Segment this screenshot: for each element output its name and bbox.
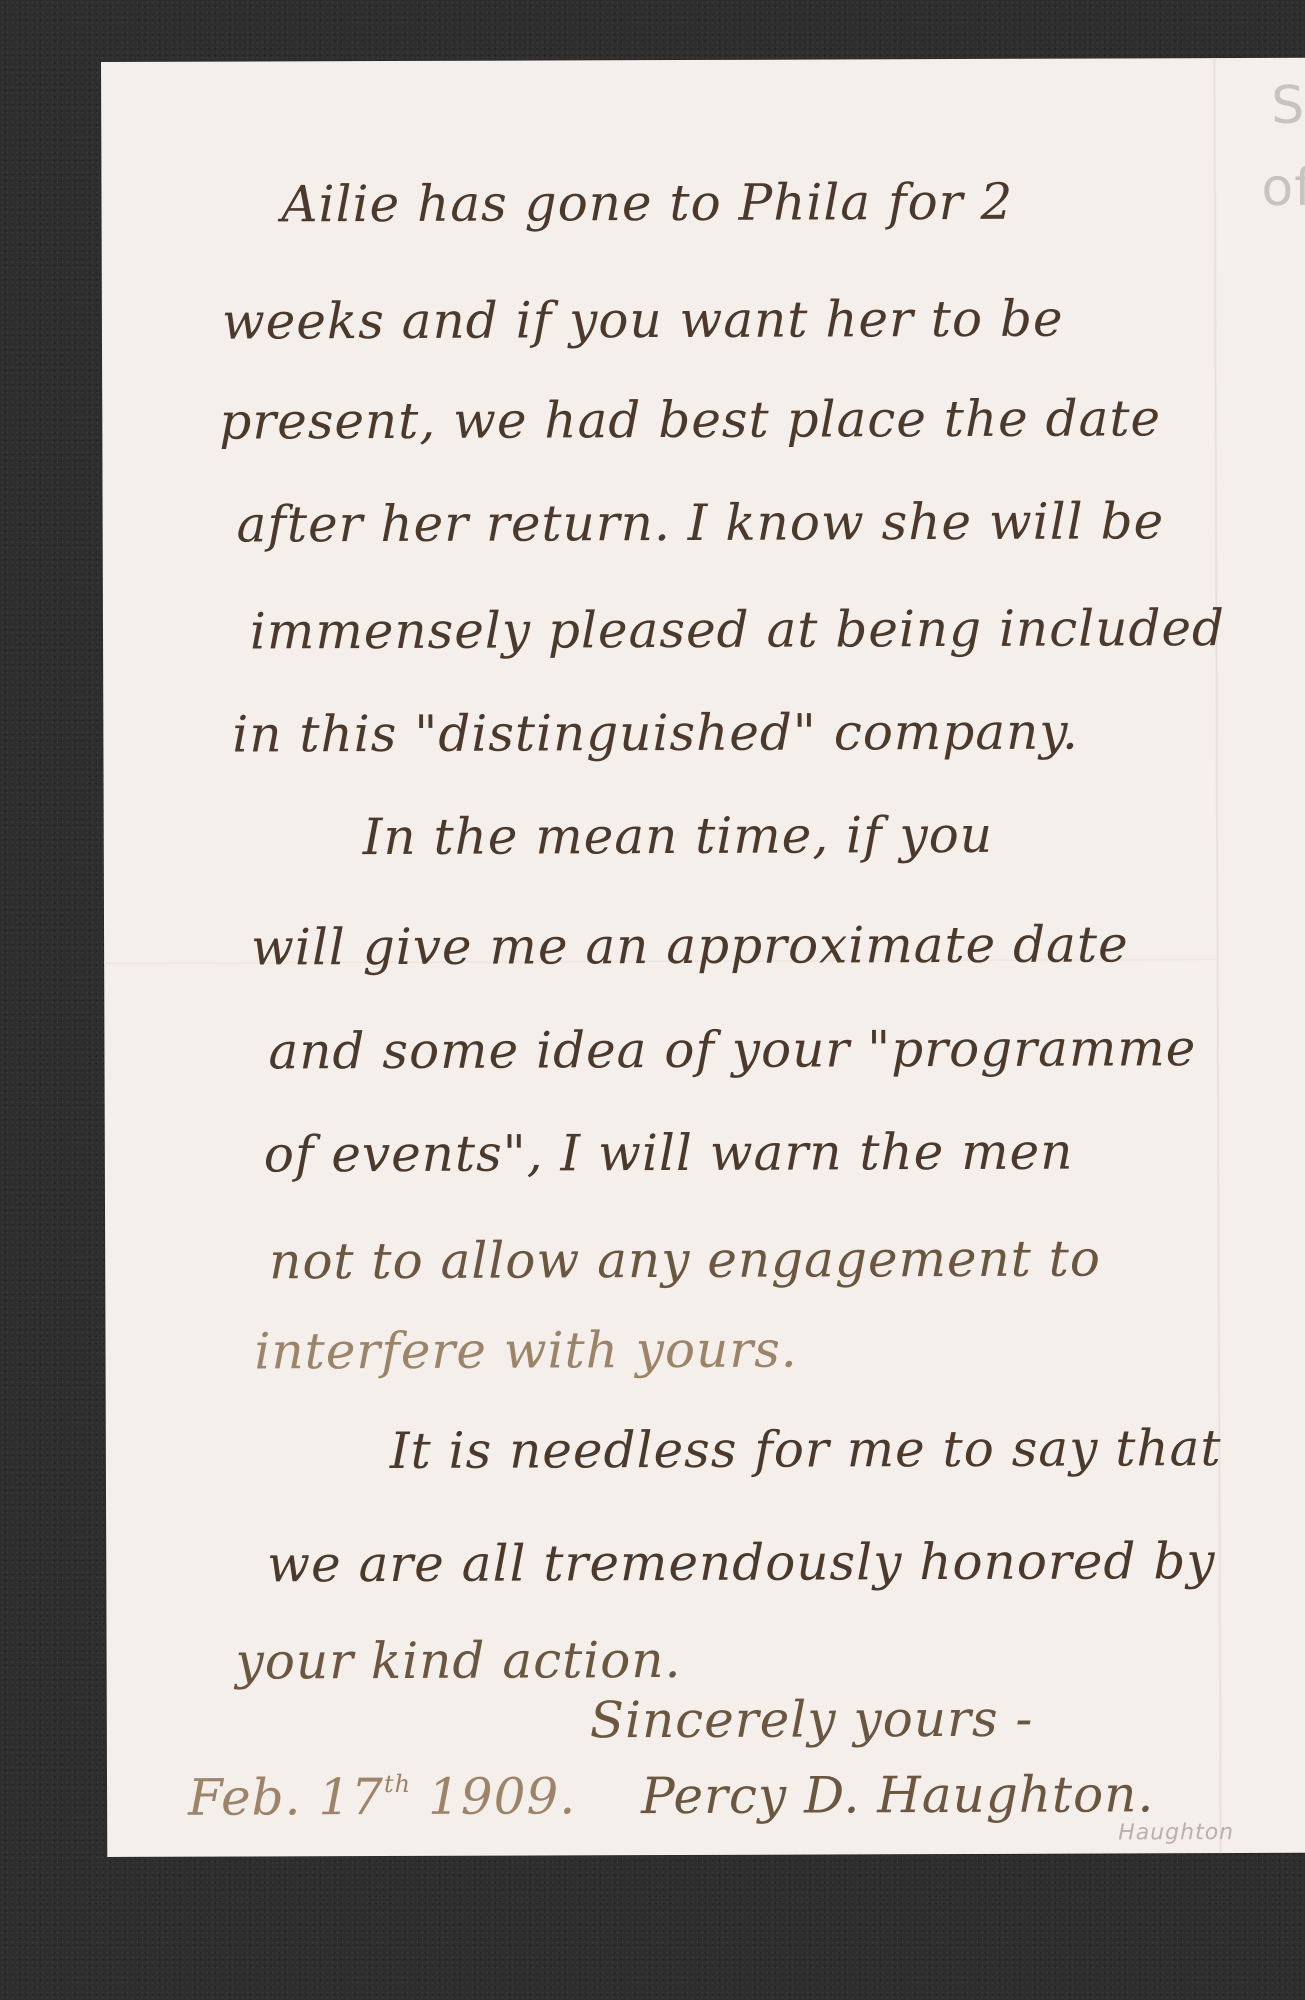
letter-line-13: It is needless for me to say that (390, 1423, 1222, 1476)
letter-line-1: Ailie has gone to Phila for 2 (281, 177, 1013, 230)
letter-line-9: and some idea of your "programme (268, 1023, 1196, 1076)
letter-line-8: will give me an approximate date (251, 919, 1129, 972)
pencil-annotation: Haughton (1118, 1820, 1234, 1845)
next-page-mark-second: of (1261, 158, 1305, 218)
date-year: 1909. (428, 1767, 576, 1826)
letter-line-3: present, we had best place the date (219, 393, 1161, 446)
letter-line-5: immensely pleased at being included (250, 603, 1225, 656)
letter-line-7: In the mean time, if you (363, 810, 994, 862)
letter-date: Feb. 17th 1909. (188, 1771, 576, 1822)
letter-page: Ailie has gone to Phila for 2 weeks and … (101, 58, 1305, 1857)
letter-line-12: interfere with yours. (254, 1325, 797, 1377)
letter-line-11: not to allow any engagement to (269, 1234, 1101, 1287)
date-day: Feb. 17 (188, 1768, 384, 1827)
letter-line-6: in this "distinguished" company. (232, 707, 1079, 760)
letter-line-2: weeks and if you want her to be (222, 294, 1064, 347)
signature: Percy D. Haughton. (641, 1769, 1154, 1821)
letter-line-4: after her return. I know she will be (237, 496, 1165, 549)
letter-line-15: your kind action. (235, 1635, 681, 1687)
letter-closing: Sincerely yours - (590, 1694, 1034, 1746)
letter-line-14: we are all tremendously honored by (267, 1536, 1215, 1589)
date-suffix: th (384, 1770, 411, 1798)
next-page-mark-top: S (1271, 76, 1305, 136)
letter-line-10: of events", I will warn the men (264, 1127, 1074, 1180)
